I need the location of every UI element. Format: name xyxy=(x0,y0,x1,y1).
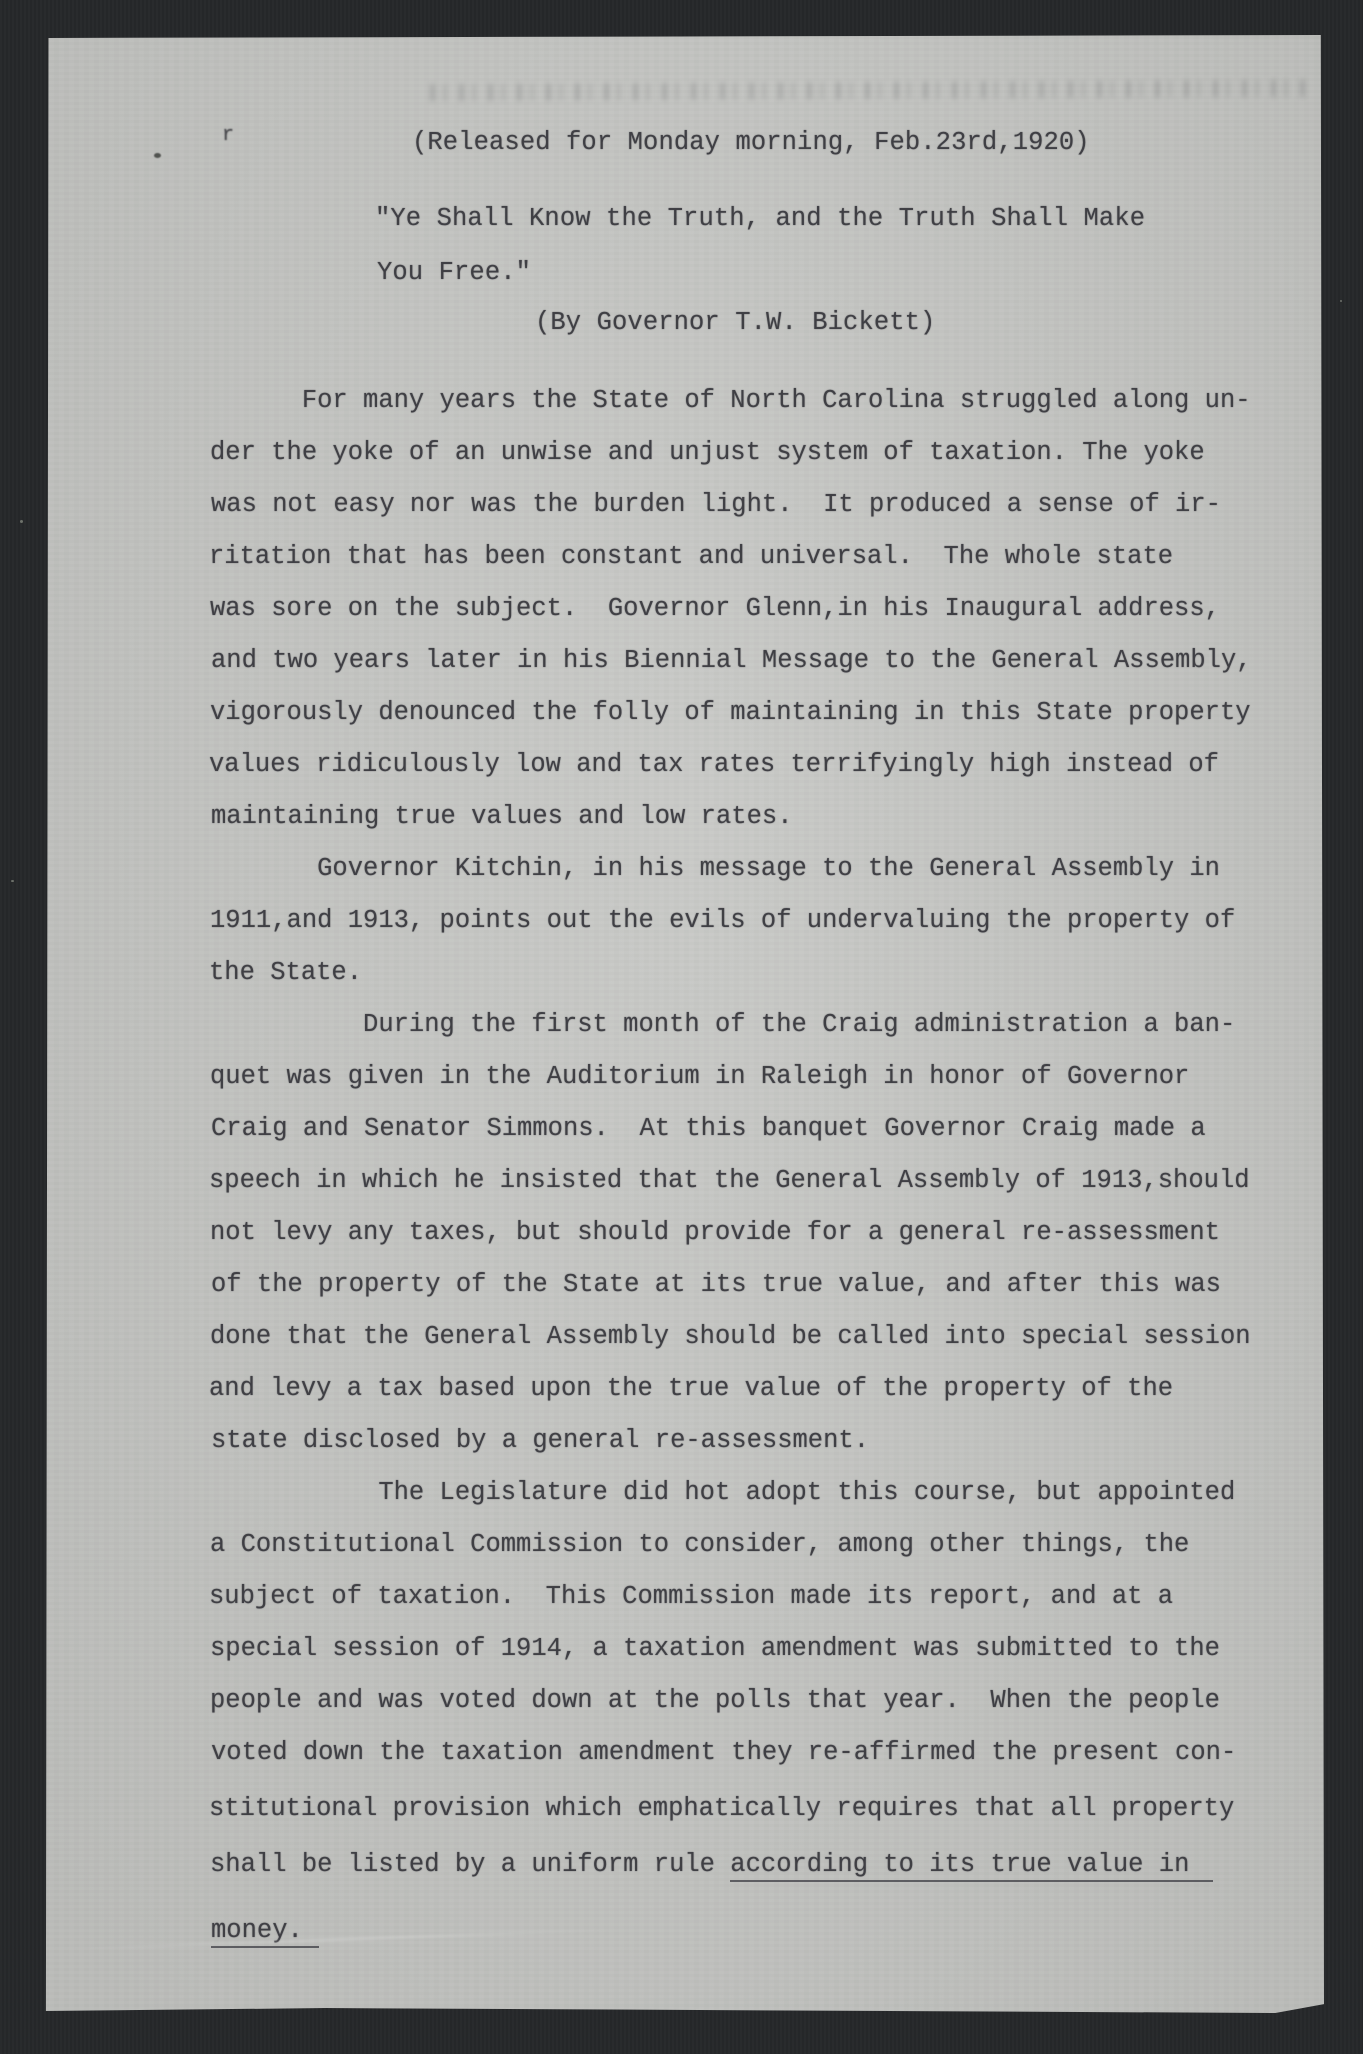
typed-text: stitutional provision which emphatically… xyxy=(209,1794,1234,1823)
typed-line: ritation that has been constant and univ… xyxy=(209,531,1303,583)
typed-line: The Legislature did hot adopt this cours… xyxy=(210,1467,1304,1519)
typed-line: money. xyxy=(211,1905,1305,1957)
typed-line: maintaining true values and low rates. xyxy=(211,791,1305,843)
typed-text: was sore on the subject. Governor Glenn,… xyxy=(210,594,1220,623)
typed-text: was not easy nor was the burden light. I… xyxy=(211,490,1221,519)
typed-text: ritation that has been constant and univ… xyxy=(209,542,1173,571)
typed-text: voted down the taxation amendment they r… xyxy=(211,1738,1236,1767)
stray-pen-mark: r xyxy=(222,124,234,147)
bleed-through-ghost-text xyxy=(430,80,1310,102)
typed-text: For many years the State of North Caroli… xyxy=(210,386,1251,415)
typed-line: was not easy nor was the burden light. I… xyxy=(211,479,1305,531)
typed-text: subject of taxation. This Commission mad… xyxy=(209,1582,1173,1611)
typed-line: shall be listed by a uniform rule accord… xyxy=(210,1839,1304,1891)
typed-line: 1911,and 1913, points out the evils of u… xyxy=(210,895,1304,947)
typed-text: Craig and Senator Simmons. At this banqu… xyxy=(211,1114,1206,1143)
body-lines: For many years the State of North Caroli… xyxy=(210,375,1304,1957)
typed-line: the State. xyxy=(209,947,1303,999)
typed-line: voted down the taxation amendment they r… xyxy=(211,1727,1305,1779)
typed-text: done that the General Assembly should be… xyxy=(210,1322,1251,1351)
typed-text: speech in which he insisted that the Gen… xyxy=(209,1166,1250,1195)
typed-line: subject of taxation. This Commission mad… xyxy=(209,1571,1303,1623)
typed-line: quet was given in the Auditorium in Rale… xyxy=(210,1051,1304,1103)
typed-line: was sore on the subject. Governor Glenn,… xyxy=(210,583,1304,635)
typed-line: people and was voted down at the polls t… xyxy=(210,1675,1304,1727)
typed-line: and two years later in his Biennial Mess… xyxy=(211,635,1305,687)
typed-text: special session of 1914, a taxation amen… xyxy=(210,1634,1220,1663)
typed-text: During the first month of the Craig admi… xyxy=(210,1010,1235,1039)
typed-text: maintaining true values and low rates. xyxy=(211,802,793,831)
typed-line: of the property of the State at its true… xyxy=(211,1259,1305,1311)
byline: (By Governor T.W. Bickett) xyxy=(535,308,935,337)
document-title-line-1: "Ye Shall Know the Truth, and the Truth … xyxy=(375,204,1145,233)
typed-text: der the yoke of an unwise and unjust sys… xyxy=(210,438,1205,467)
typed-text: state disclosed by a general re-assessme… xyxy=(211,1426,869,1455)
typed-text: values ridiculously low and tax rates te… xyxy=(209,750,1219,779)
background-speck xyxy=(20,520,23,523)
typed-text: 1911,and 1913, points out the evils of u… xyxy=(210,906,1235,935)
typed-line: not levy any taxes, but should provide f… xyxy=(210,1207,1304,1259)
typed-line: a Constitutional Commission to consider,… xyxy=(210,1519,1304,1571)
typed-line: vigorously denounced the folly of mainta… xyxy=(210,687,1304,739)
background-speck xyxy=(1340,300,1342,302)
typed-line: During the first month of the Craig admi… xyxy=(210,999,1304,1051)
typed-line: Governor Kitchin, in his message to the … xyxy=(210,843,1304,895)
typed-text: a Constitutional Commission to consider,… xyxy=(210,1530,1189,1559)
typed-line: and levy a tax based upon the true value… xyxy=(209,1363,1303,1415)
typed-line: Craig and Senator Simmons. At this banqu… xyxy=(211,1103,1305,1155)
typed-line: stitutional provision which emphatically… xyxy=(209,1783,1303,1835)
scanned-document-page: { "document": { "release_note": "(Releas… xyxy=(0,0,1363,2054)
release-note: (Released for Monday morning, Feb.23rd,1… xyxy=(412,128,1090,157)
typed-line: values ridiculously low and tax rates te… xyxy=(209,739,1303,791)
typed-line: special session of 1914, a taxation amen… xyxy=(210,1623,1304,1675)
typed-text: vigorously denounced the folly of mainta… xyxy=(210,698,1251,727)
ink-speck xyxy=(154,153,161,158)
typed-line: der the yoke of an unwise and unjust sys… xyxy=(210,427,1304,479)
typed-text: Governor Kitchin, in his message to the … xyxy=(210,854,1220,883)
background-speck xyxy=(11,880,14,882)
typed-text: the State. xyxy=(209,958,362,987)
paper-sheet: r (Released for Monday morning, Feb.23rd… xyxy=(44,35,1324,2013)
underlined-typed-text: according to its true value in xyxy=(730,1850,1213,1882)
typed-text: and levy a tax based upon the true value… xyxy=(209,1374,1173,1403)
typed-text: people and was voted down at the polls t… xyxy=(210,1686,1220,1715)
typed-line: state disclosed by a general re-assessme… xyxy=(211,1415,1305,1467)
document-title-line-2: You Free." xyxy=(377,258,531,287)
typed-text: The Legislature did hot adopt this cours… xyxy=(210,1478,1235,1507)
typed-text: and two years later in his Biennial Mess… xyxy=(211,646,1252,675)
typed-line: speech in which he insisted that the Gen… xyxy=(209,1155,1303,1207)
typed-text: shall be listed by a uniform rule xyxy=(210,1850,730,1879)
typed-text: of the property of the State at its true… xyxy=(211,1270,1221,1299)
typed-line: done that the General Assembly should be… xyxy=(210,1311,1304,1363)
typed-text: quet was given in the Auditorium in Rale… xyxy=(210,1062,1189,1091)
typed-text: not levy any taxes, but should provide f… xyxy=(210,1218,1220,1247)
typed-line: For many years the State of North Caroli… xyxy=(210,375,1304,427)
